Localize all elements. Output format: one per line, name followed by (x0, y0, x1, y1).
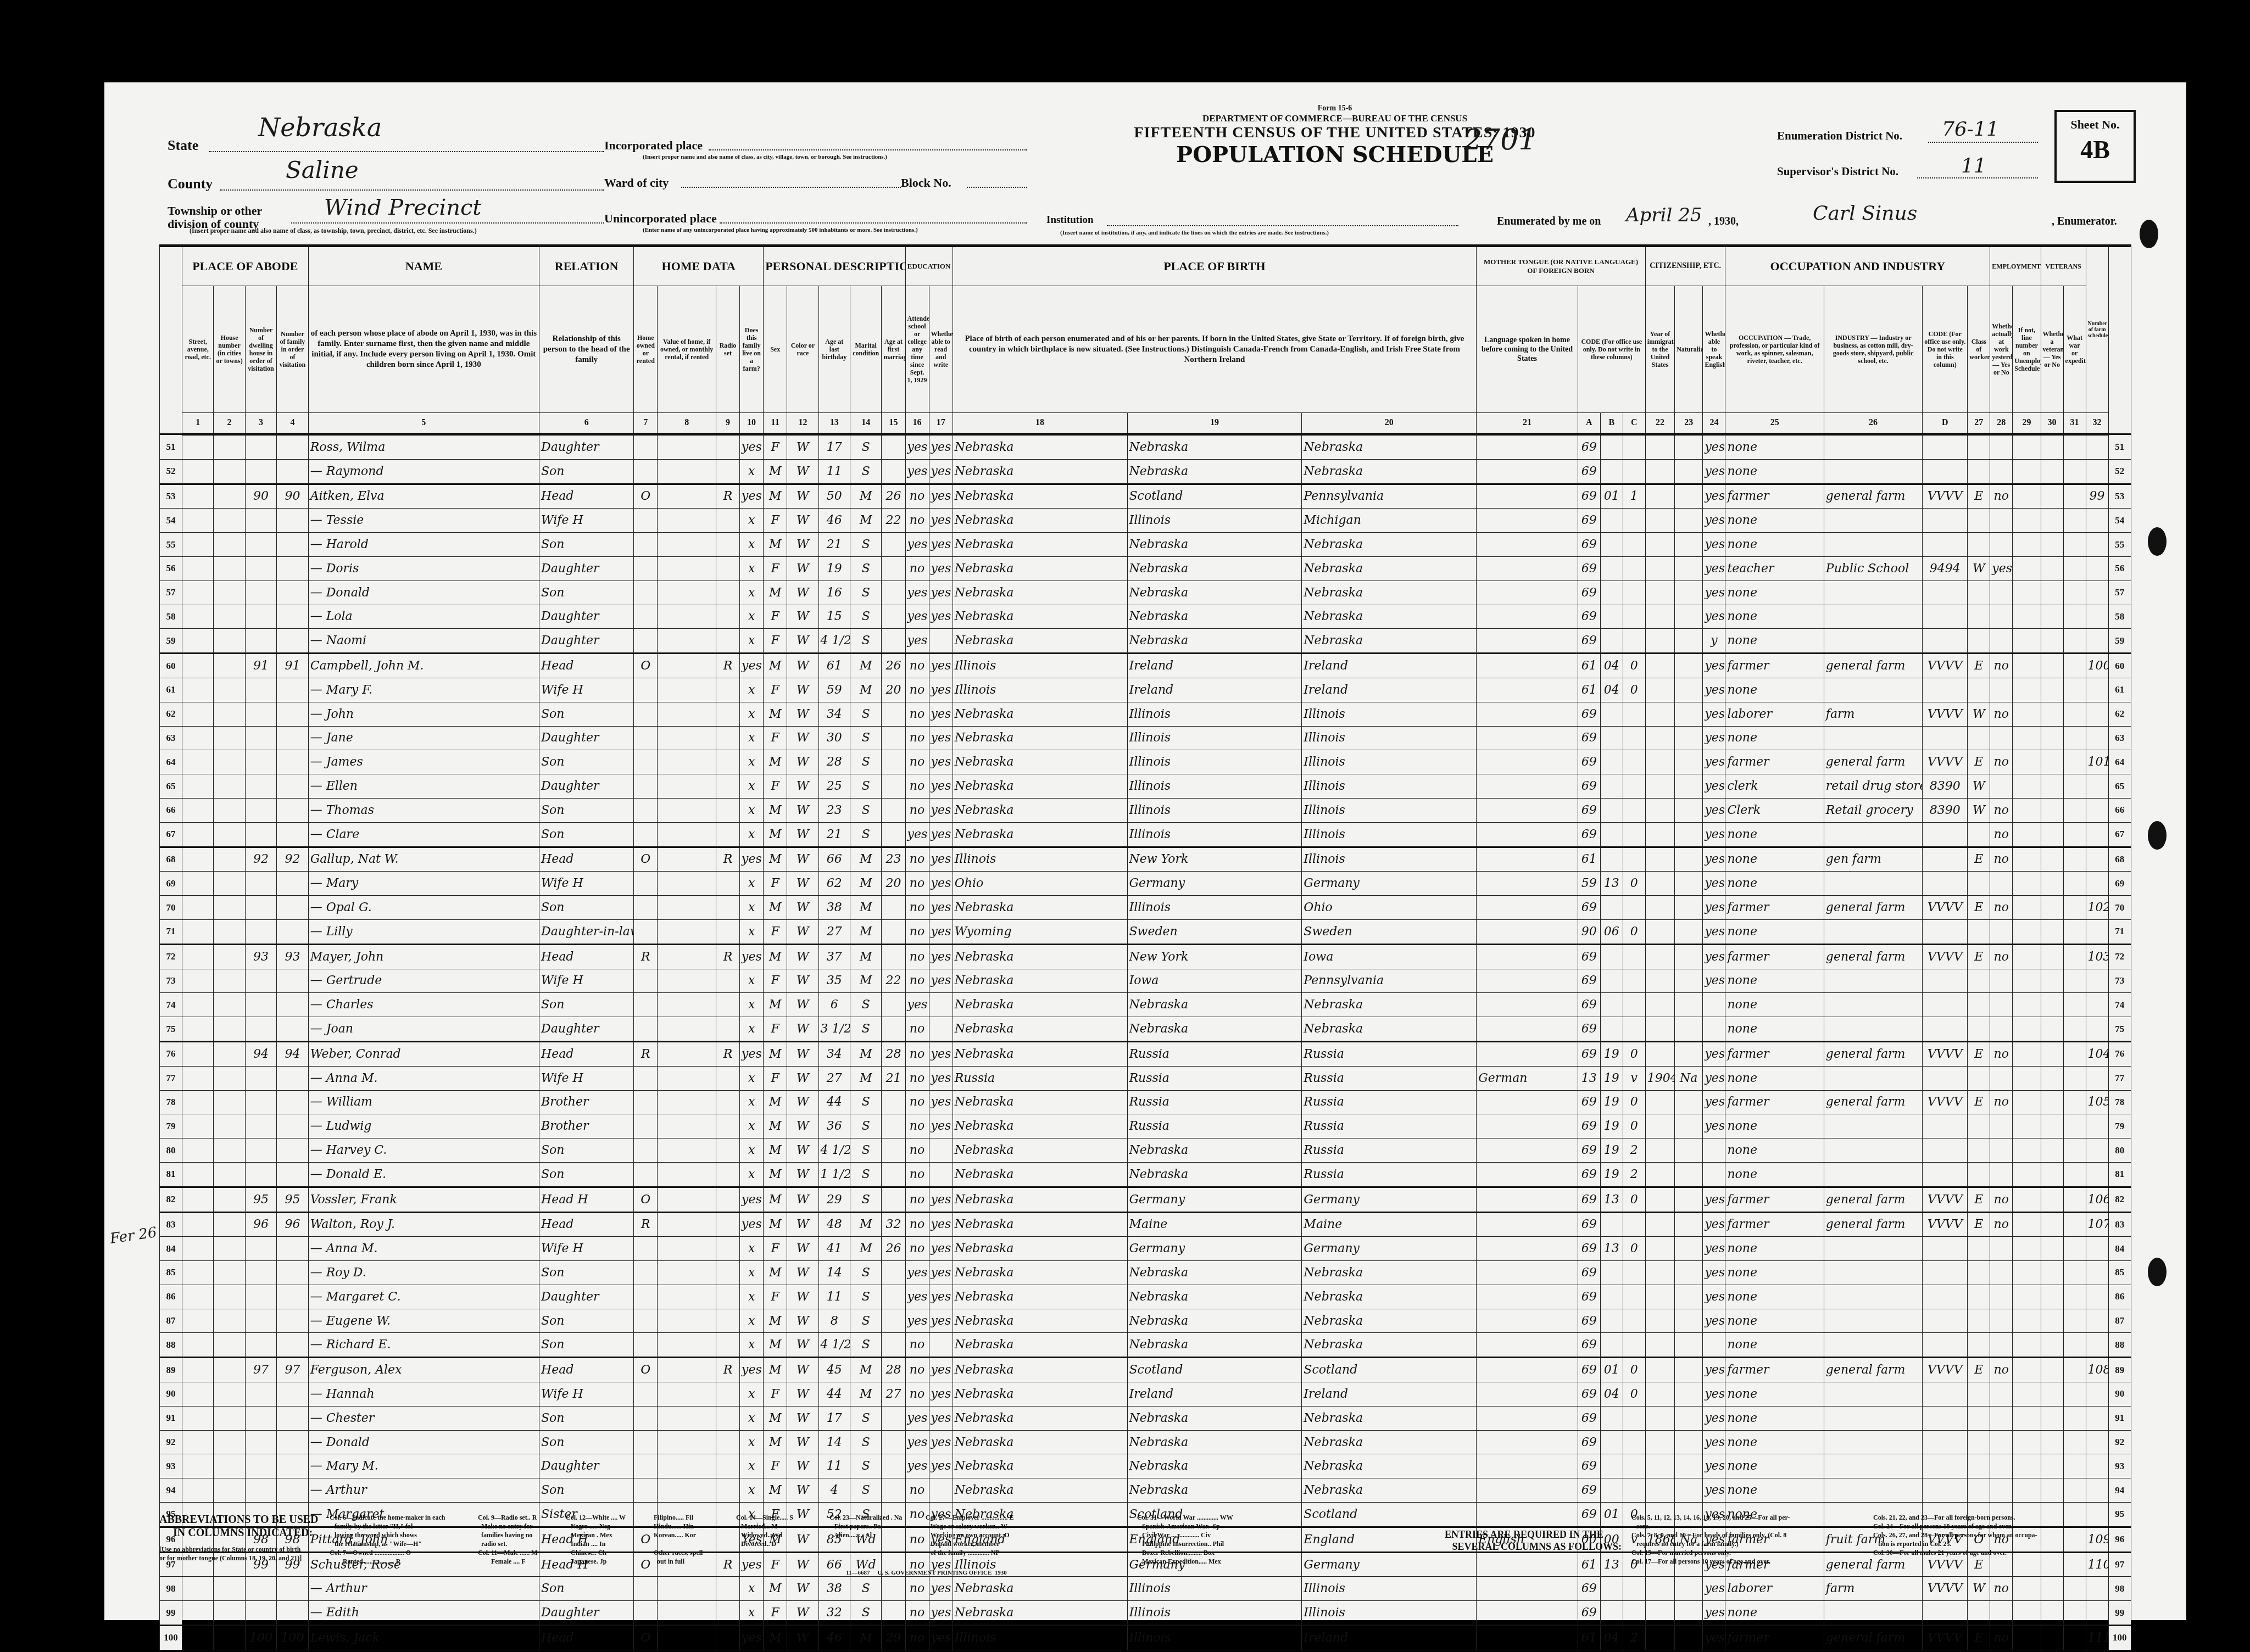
table-row: 59— NaomiDaughterxFW4 1/2SyesNebraskaNeb… (160, 629, 2131, 654)
age-at-marriage-cell: 28 (882, 1358, 905, 1382)
race-cell: W (787, 533, 818, 557)
birthplace-cell: Nebraska (953, 484, 1127, 509)
mother-tongue-cell (1477, 1382, 1578, 1407)
line-number-right: 53 (2108, 484, 2131, 509)
radio-cell (716, 896, 739, 920)
father-birthplace-cell: Russia (1127, 1066, 1302, 1090)
group-home-data: HOME DATA (634, 246, 764, 286)
street-cell (182, 1261, 214, 1285)
age-cell: 11 (818, 1454, 850, 1478)
speaks-english-cell: yes (1703, 434, 1725, 460)
sex-cell: M (764, 533, 787, 557)
occupation-cell: farmer (1725, 1358, 1824, 1382)
speaks-english-cell: yes (1703, 1430, 1725, 1454)
code-a-cell: 69 (1578, 798, 1600, 822)
marital-cell: M (850, 1358, 882, 1382)
col-name: of each person whose place of abode on A… (308, 286, 539, 413)
industry-cell (1824, 1601, 1922, 1626)
code-c-cell: 0 (1623, 1041, 1645, 1066)
code-a-cell: 59 (1578, 872, 1600, 896)
enumerated-date: April 25 (1626, 204, 1702, 226)
abbrev-col12b: Filipino..... Fil Hindu...... Hin Korean… (654, 1513, 703, 1566)
code-a-cell: 69 (1578, 509, 1600, 533)
veteran-cell (2041, 1187, 2063, 1212)
at-work-cell (1990, 919, 2013, 944)
birthplace-cell: Nebraska (953, 1454, 1127, 1478)
speaks-english-cell (1703, 1017, 1725, 1042)
code-c-cell (1623, 1454, 1645, 1478)
age-at-marriage-cell (882, 629, 905, 654)
mother-tongue-cell (1477, 822, 1578, 847)
line-number-right: 69 (2108, 872, 2131, 896)
family-number-cell (277, 1478, 308, 1503)
occupation-cell: farmer (1725, 654, 1824, 678)
col-code-abc: CODE (For office use only. Do not write … (1578, 286, 1645, 413)
unemployment-line-cell (2013, 1138, 2041, 1163)
school-cell: no (905, 1187, 929, 1212)
age-cell: 28 (818, 750, 850, 774)
immigration-year-cell (1645, 822, 1674, 847)
farm-cell: yes (740, 434, 764, 460)
immigration-year-cell (1645, 678, 1674, 702)
unemployment-line-cell (2013, 1358, 2041, 1382)
home-owned-cell (634, 1406, 658, 1430)
house-cell (214, 1212, 245, 1237)
age-cell: 14 (818, 1430, 850, 1454)
mother-birthplace-cell: Nebraska (1302, 1478, 1477, 1503)
class-of-worker-cell: W (1968, 702, 1990, 726)
farm-cell: x (740, 1406, 764, 1430)
group-relation: RELATION (539, 246, 634, 286)
line-number-right: 59 (2108, 629, 2131, 654)
farm-schedule-cell (2086, 822, 2108, 847)
occupation-cell: farmer (1725, 1090, 1824, 1114)
table-row: 52— RaymondSonxMW11SyesyesNebraskaNebras… (160, 459, 2131, 484)
person-name-cell: — Mary F. (308, 678, 539, 702)
naturalization-cell (1675, 1333, 1703, 1358)
age-at-marriage-cell: 26 (882, 654, 905, 678)
col-read: Whether able to read and write (929, 286, 953, 413)
class-of-worker-cell (1968, 605, 1990, 629)
mother-birthplace-cell: Nebraska (1302, 581, 1477, 605)
marital-cell: S (850, 1454, 882, 1478)
marital-cell: S (850, 1114, 882, 1138)
naturalization-cell (1675, 944, 1703, 969)
at-work-cell (1990, 1601, 2013, 1626)
col-at-work: Whether actually at work yesterday — Yes… (1990, 286, 2013, 413)
school-cell: no (905, 872, 929, 896)
mother-birthplace-cell: Nebraska (1302, 993, 1477, 1017)
radio-cell (716, 726, 739, 750)
father-birthplace-cell: New York (1127, 944, 1302, 969)
at-work-cell (1990, 459, 2013, 484)
father-birthplace-cell: Nebraska (1127, 434, 1302, 460)
ed-label: Enumeration District No. (1777, 129, 1902, 143)
relation-cell: Son (539, 1478, 634, 1503)
school-cell: no (905, 1237, 929, 1261)
class-of-worker-cell (1968, 434, 1990, 460)
farm-schedule-cell (2086, 1601, 2108, 1626)
family-number-cell (277, 1601, 308, 1626)
unemployment-line-cell (2013, 484, 2041, 509)
code-a-cell: 61 (1578, 847, 1600, 872)
father-birthplace-cell: Scotland (1127, 1358, 1302, 1382)
sex-cell: M (764, 750, 787, 774)
code-b-cell: 04 (1600, 654, 1623, 678)
col-immigration: Year of immigration to the United States (1645, 286, 1674, 413)
immigration-year-cell (1645, 1041, 1674, 1066)
line-number-right: 60 (2108, 654, 2131, 678)
home-value-cell (658, 1430, 716, 1454)
immigration-year-cell (1645, 944, 1674, 969)
line-number: 52 (160, 459, 182, 484)
sex-cell: M (764, 1430, 787, 1454)
line-number-right: 99 (2108, 1601, 2131, 1626)
war-cell (2063, 702, 2086, 726)
house-cell (214, 459, 245, 484)
code-b-cell (1600, 509, 1623, 533)
person-name-cell: — Chester (308, 1406, 539, 1430)
relation-cell: Wife H (539, 509, 634, 533)
sex-cell: M (764, 944, 787, 969)
street-cell (182, 434, 214, 460)
table-row: 77— Anna M.Wife HxFW27M21noyesRussiaRuss… (160, 1066, 2131, 1090)
age-cell: 27 (818, 1066, 850, 1090)
sex-cell: F (764, 1382, 787, 1407)
code-d-cell (1923, 1406, 1968, 1430)
line-number: 55 (160, 533, 182, 557)
birthplace-cell: Nebraska (953, 434, 1127, 460)
home-owned-cell (634, 1237, 658, 1261)
read-write-cell: yes (929, 774, 953, 799)
farm-schedule-cell (2086, 1430, 2108, 1454)
veteran-cell (2041, 847, 2063, 872)
farm-cell: x (740, 750, 764, 774)
line-number-right: 63 (2108, 726, 2131, 750)
speaks-english-cell: yes (1703, 654, 1725, 678)
naturalization-cell (1675, 726, 1703, 750)
family-number-cell (277, 1162, 308, 1187)
marital-cell: S (850, 629, 882, 654)
house-cell (214, 605, 245, 629)
code-b-cell (1600, 556, 1623, 581)
home-owned-cell (634, 822, 658, 847)
read-write-cell: yes (929, 1382, 953, 1407)
code-d-cell (1923, 847, 1968, 872)
person-name-cell: Campbell, John M. (308, 654, 539, 678)
home-value-cell (658, 1114, 716, 1138)
naturalization-cell (1675, 1114, 1703, 1138)
read-write-cell: yes (929, 1285, 953, 1309)
farm-cell: x (740, 1017, 764, 1042)
at-work-cell (1990, 1309, 2013, 1333)
birthplace-cell: Nebraska (953, 702, 1127, 726)
read-write-cell: yes (929, 872, 953, 896)
farm-schedule-cell (2086, 1017, 2108, 1042)
code-d-cell: VVVV (1923, 1090, 1968, 1114)
dwelling-number-cell (245, 1430, 276, 1454)
mother-birthplace-cell: Ohio (1302, 896, 1477, 920)
code-a-cell: 69 (1578, 1162, 1600, 1187)
farm-cell: x (740, 1309, 764, 1333)
line-number: 94 (160, 1478, 182, 1503)
mother-tongue-cell (1477, 1454, 1578, 1478)
code-d-cell: 8390 (1923, 798, 1968, 822)
naturalization-cell (1675, 1626, 1703, 1650)
school-cell: yes (905, 629, 929, 654)
relation-cell: Son (539, 896, 634, 920)
war-cell (2063, 1430, 2086, 1454)
family-number-cell (277, 581, 308, 605)
col-owned: Home owned or rented (634, 286, 658, 413)
mother-tongue-cell (1477, 434, 1578, 460)
marital-cell: S (850, 1017, 882, 1042)
code-d-cell (1923, 581, 1968, 605)
house-cell (214, 847, 245, 872)
col-war: What war or expedition? (2063, 286, 2086, 413)
father-birthplace-cell: Germany (1127, 1237, 1302, 1261)
column-number: 11 (764, 413, 787, 434)
family-number-cell (277, 872, 308, 896)
mother-tongue-cell (1477, 896, 1578, 920)
sex-cell: F (764, 605, 787, 629)
age-cell: 62 (818, 872, 850, 896)
marital-cell: M (850, 919, 882, 944)
code-b-cell: 13 (1600, 1187, 1623, 1212)
line-number: 75 (160, 1017, 182, 1042)
street-cell (182, 919, 214, 944)
naturalization-cell (1675, 1309, 1703, 1333)
veteran-cell (2041, 654, 2063, 678)
birthplace-cell: Nebraska (953, 1017, 1127, 1042)
township-note: (Insert proper name and also name of cla… (190, 227, 477, 235)
speaks-english-cell (1703, 993, 1725, 1017)
at-work-cell (1990, 1261, 2013, 1285)
occupation-cell: none (1725, 1237, 1824, 1261)
family-number-cell: 96 (277, 1212, 308, 1237)
father-birthplace-cell: Illinois (1127, 702, 1302, 726)
home-value-cell (658, 556, 716, 581)
mother-tongue-cell (1477, 1162, 1578, 1187)
table-row: 80— Harvey C.SonxMW4 1/2SnoNebraskaNebra… (160, 1138, 2131, 1163)
read-write-cell: yes (929, 556, 953, 581)
column-number: 24 (1703, 413, 1725, 434)
code-c-cell (1623, 1333, 1645, 1358)
at-work-cell (1990, 1478, 2013, 1503)
farm-schedule-cell (2086, 872, 2108, 896)
relation-cell: Head (539, 1626, 634, 1650)
at-work-cell: no (1990, 1187, 2013, 1212)
naturalization-cell (1675, 654, 1703, 678)
class-of-worker-cell (1968, 533, 1990, 557)
house-cell (214, 993, 245, 1017)
code-b-cell (1600, 1261, 1623, 1285)
table-row: 51Ross, WilmaDaughteryesFW17SyesyesNebra… (160, 434, 2131, 460)
mother-tongue-cell (1477, 969, 1578, 993)
school-cell: no (905, 896, 929, 920)
ward-field (681, 187, 901, 188)
code-c-cell (1623, 774, 1645, 799)
code-c-cell (1623, 798, 1645, 822)
mother-tongue-cell (1477, 919, 1578, 944)
house-cell (214, 1138, 245, 1163)
abbrev-title: ABBREVIATIONS TO BE USED IN COLUMNS INDI… (159, 1513, 319, 1539)
birthplace-cell: Nebraska (953, 605, 1127, 629)
code-a-cell: 69 (1578, 581, 1600, 605)
sex-cell: M (764, 993, 787, 1017)
at-work-cell (1990, 1333, 2013, 1358)
naturalization-cell (1675, 484, 1703, 509)
age-cell: 30 (818, 726, 850, 750)
industry-cell: general farm (1824, 654, 1922, 678)
age-cell: 23 (818, 798, 850, 822)
marital-cell: S (850, 993, 882, 1017)
home-value-cell (658, 872, 716, 896)
street-cell (182, 1430, 214, 1454)
farm-cell: x (740, 1430, 764, 1454)
father-birthplace-cell: Illinois (1127, 774, 1302, 799)
code-a-cell: 69 (1578, 605, 1600, 629)
dwelling-number-cell (245, 1138, 276, 1163)
farm-cell: x (740, 726, 764, 750)
code-b-cell (1600, 629, 1623, 654)
industry-cell: farm (1824, 702, 1922, 726)
house-cell (214, 822, 245, 847)
code-c-cell (1623, 726, 1645, 750)
home-owned-cell (634, 459, 658, 484)
marital-cell: M (850, 678, 882, 702)
age-at-marriage-cell (882, 919, 905, 944)
war-cell (2063, 993, 2086, 1017)
relation-cell: Daughter (539, 556, 634, 581)
farm-schedule-cell (2086, 1382, 2108, 1407)
home-owned-cell (634, 726, 658, 750)
family-number-cell (277, 702, 308, 726)
father-birthplace-cell: Illinois (1127, 798, 1302, 822)
age-at-marriage-cell: 29 (882, 1626, 905, 1650)
person-name-cell: — Doris (308, 556, 539, 581)
abbrev-col9: Col. 9—Radio set.. R Make no entry for f… (478, 1513, 538, 1566)
age-cell: 19 (818, 556, 850, 581)
column-number: 30 (2041, 413, 2063, 434)
veteran-cell (2041, 1406, 2063, 1430)
age-cell: 36 (818, 1114, 850, 1138)
birthplace-cell: Nebraska (953, 509, 1127, 533)
mother-tongue-cell (1477, 993, 1578, 1017)
age-cell: 17 (818, 434, 850, 460)
speaks-english-cell: yes (1703, 847, 1725, 872)
home-value-cell (658, 1382, 716, 1407)
line-number-right: 79 (2108, 1114, 2131, 1138)
line-number-right: 55 (2108, 533, 2131, 557)
read-write-cell: yes (929, 1309, 953, 1333)
age-cell: 1 1/2 (818, 1162, 850, 1187)
sex-cell: M (764, 847, 787, 872)
code-b-cell (1600, 1333, 1623, 1358)
person-name-cell: — Hannah (308, 1382, 539, 1407)
age-at-marriage-cell (882, 459, 905, 484)
group-veterans: VETERANS (2041, 246, 2086, 286)
family-number-cell (277, 1090, 308, 1114)
code-a-cell: 69 (1578, 1454, 1600, 1478)
dwelling-number-cell (245, 1309, 276, 1333)
industry-cell: general farm (1824, 1626, 1922, 1650)
industry-cell: general farm (1824, 1358, 1922, 1382)
home-owned-cell (634, 434, 658, 460)
class-of-worker-cell (1968, 1406, 1990, 1430)
home-owned-cell (634, 1138, 658, 1163)
occupation-cell: farmer (1725, 1187, 1824, 1212)
mother-tongue-cell (1477, 944, 1578, 969)
group-employment: EMPLOYMENT (1990, 246, 2041, 286)
race-cell: W (787, 1601, 818, 1626)
radio-cell (716, 1406, 739, 1430)
relation-cell: Son (539, 581, 634, 605)
home-value-cell (658, 798, 716, 822)
at-work-cell: no (1990, 822, 2013, 847)
unemployment-line-cell (2013, 1430, 2041, 1454)
immigration-year-cell (1645, 847, 1674, 872)
sex-cell: M (764, 1261, 787, 1285)
at-work-cell (1990, 774, 2013, 799)
home-owned-cell (634, 969, 658, 993)
family-number-cell (277, 1309, 308, 1333)
naturalization-cell (1675, 822, 1703, 847)
class-of-worker-cell (1968, 1309, 1990, 1333)
race-cell: W (787, 1066, 818, 1090)
class-of-worker-cell (1968, 1601, 1990, 1626)
industry-cell: general farm (1824, 1041, 1922, 1066)
birthplace-cell: Nebraska (953, 1114, 1127, 1138)
mother-tongue-cell (1477, 726, 1578, 750)
institution-field (1107, 225, 1458, 226)
unemployment-line-cell (2013, 872, 2041, 896)
col-school: Attended school or college any time sinc… (905, 286, 929, 413)
father-birthplace-cell: Nebraska (1127, 1309, 1302, 1333)
father-birthplace-cell: Nebraska (1127, 1017, 1302, 1042)
radio-cell (716, 1138, 739, 1163)
farm-cell: x (740, 1601, 764, 1626)
home-owned-cell (634, 1382, 658, 1407)
house-cell (214, 726, 245, 750)
speaks-english-cell: yes (1703, 678, 1725, 702)
farm-cell: yes (740, 1358, 764, 1382)
naturalization-cell (1675, 1212, 1703, 1237)
home-owned-cell (634, 896, 658, 920)
home-value-cell (658, 726, 716, 750)
code-d-cell (1923, 1454, 1968, 1478)
street-cell (182, 1333, 214, 1358)
relation-cell: Daughter (539, 1601, 634, 1626)
speaks-english-cell: yes (1703, 822, 1725, 847)
read-write-cell: yes (929, 509, 953, 533)
code-c-cell: 0 (1623, 678, 1645, 702)
veteran-cell (2041, 1358, 2063, 1382)
line-number-right: 62 (2108, 702, 2131, 726)
line-number-right: 91 (2108, 1406, 2131, 1430)
mother-tongue-cell (1477, 798, 1578, 822)
industry-cell (1824, 459, 1922, 484)
line-number: 62 (160, 702, 182, 726)
col-color: Color or race (787, 286, 818, 413)
school-cell: yes (905, 1309, 929, 1333)
farm-schedule-cell: 104 (2086, 1041, 2108, 1066)
table-row: 84— Anna M.Wife HxFW41M26noyesNebraskaGe… (160, 1237, 2131, 1261)
age-cell: 46 (818, 509, 850, 533)
home-value-cell (658, 1041, 716, 1066)
col-dwelling: Number of dwelling house in order of vis… (245, 286, 276, 413)
code-d-cell (1923, 1261, 1968, 1285)
